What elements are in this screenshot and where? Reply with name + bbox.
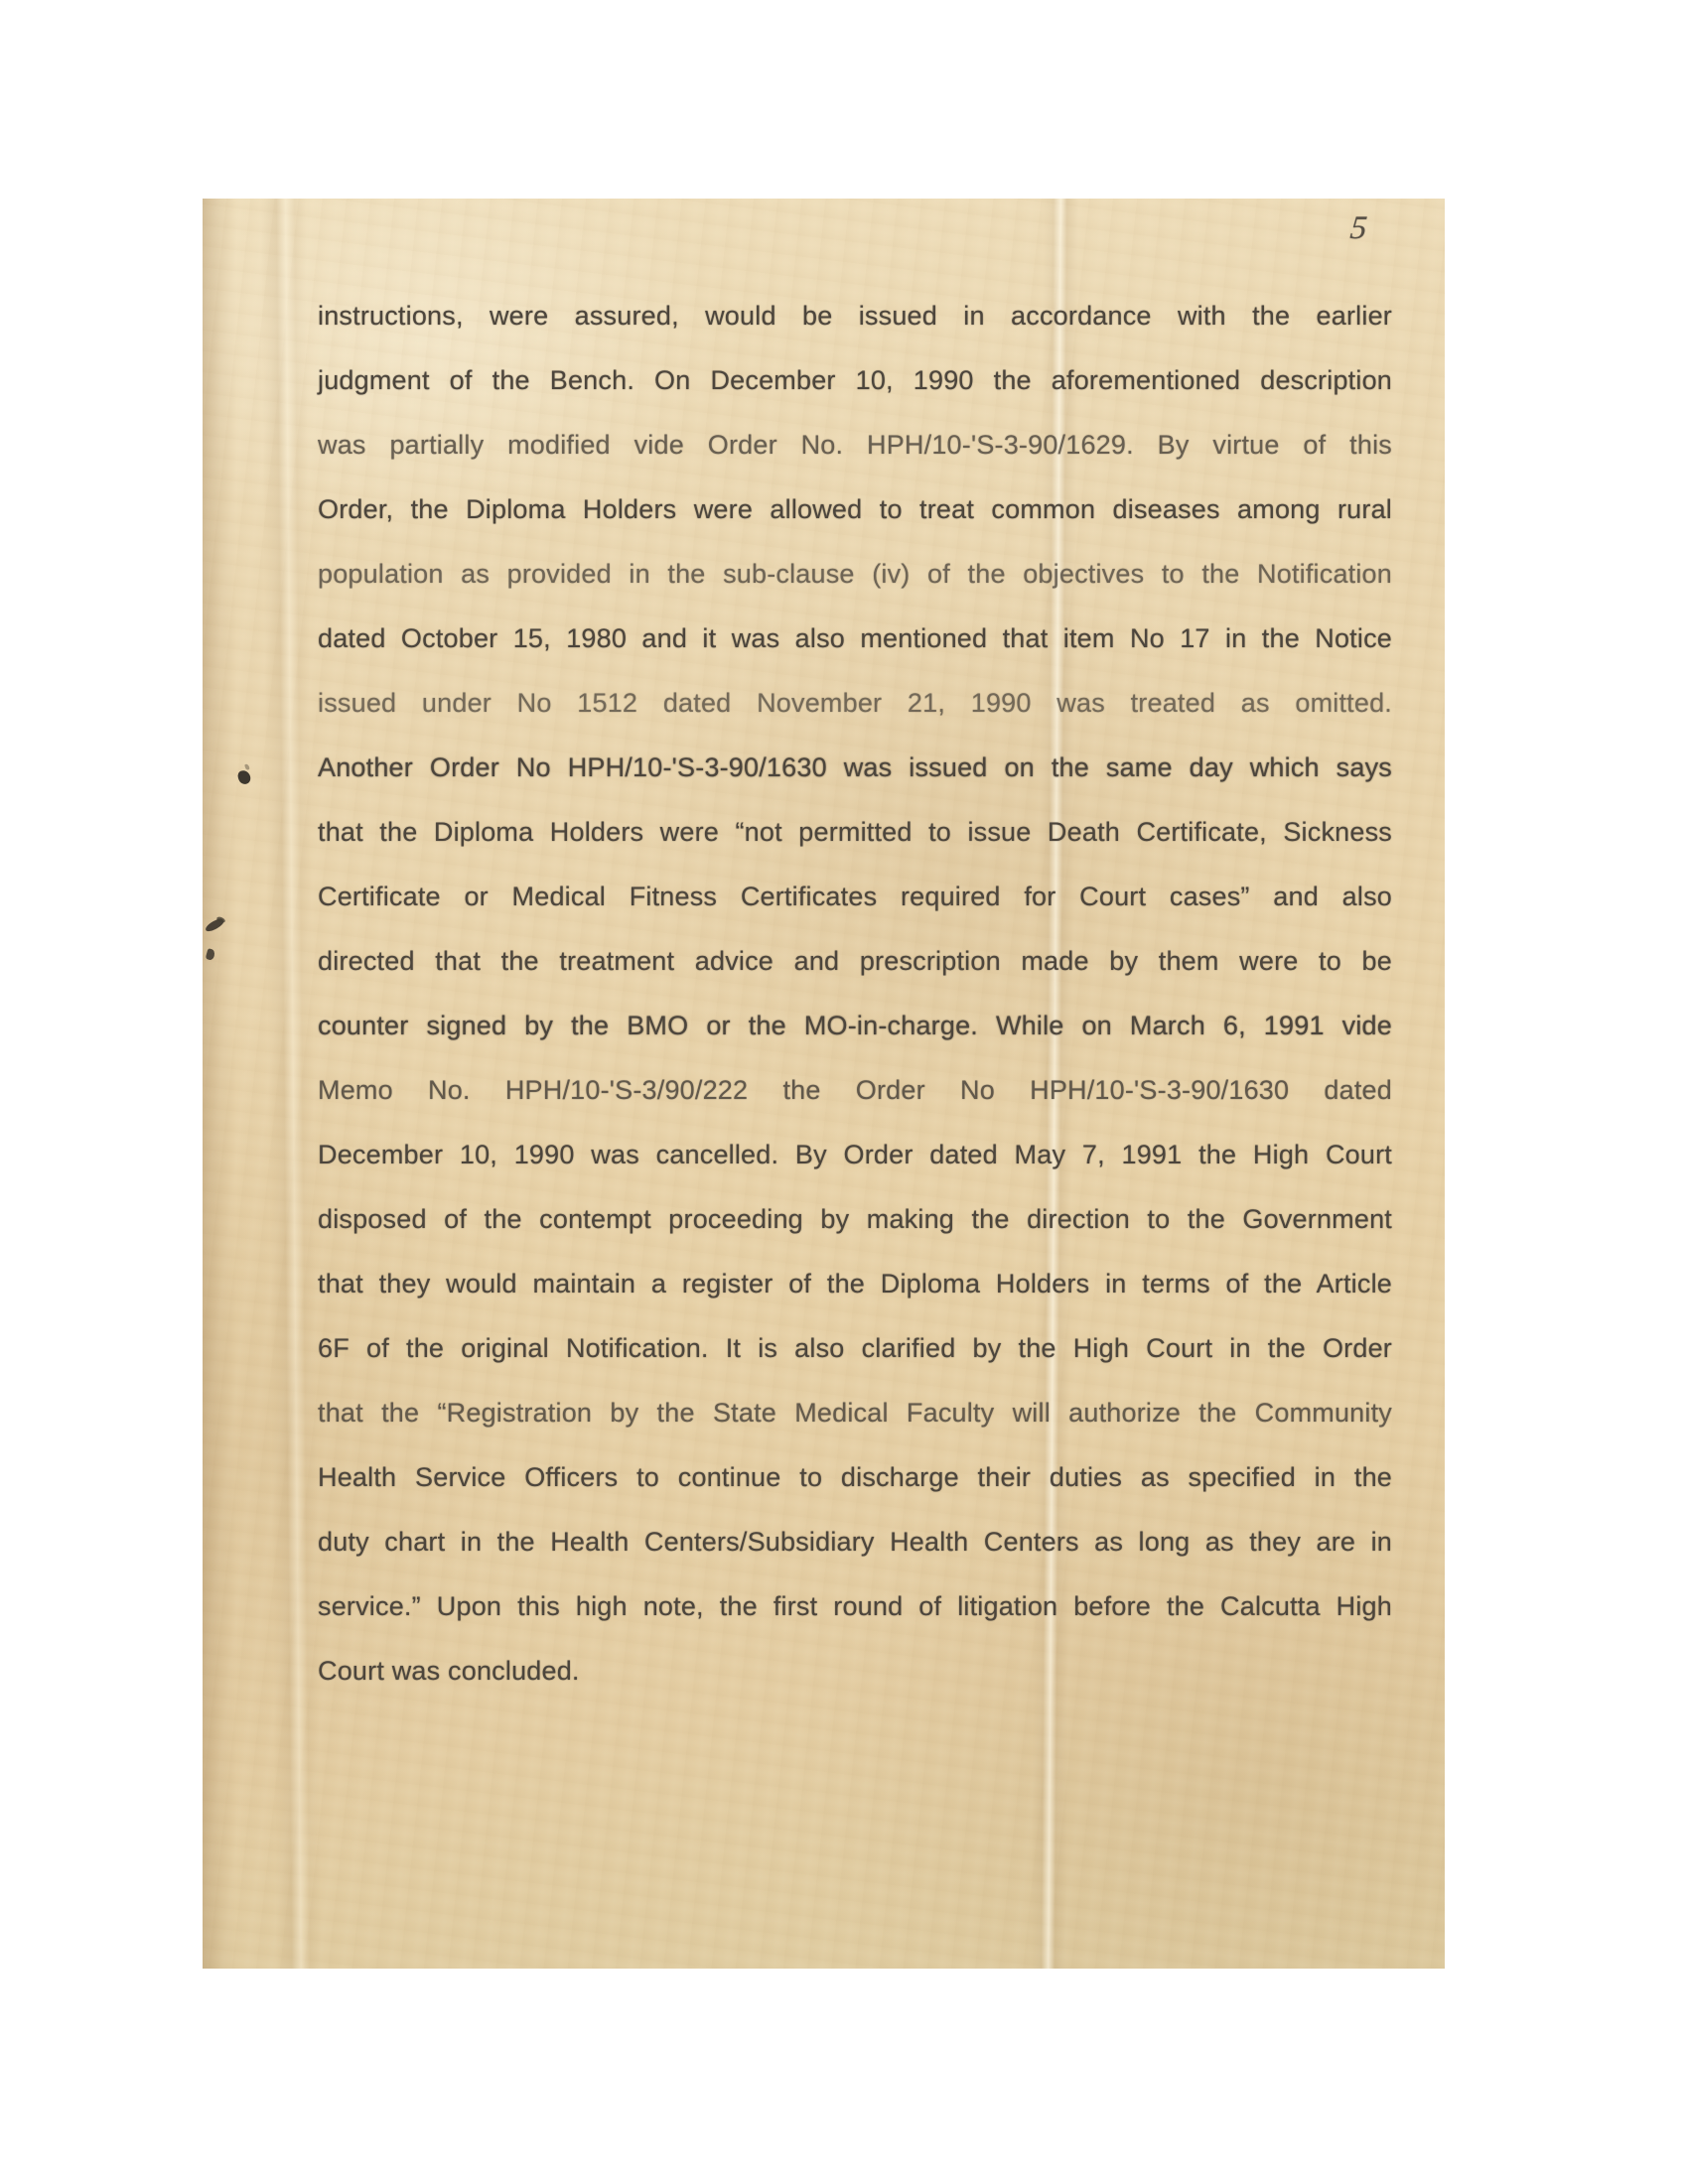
text-line: service.” Upon this high note, the first… xyxy=(318,1574,1392,1639)
text-line: was partially modified vide Order No. HP… xyxy=(318,413,1392,478)
text-line: duty chart in the Health Centers/Subsidi… xyxy=(318,1510,1392,1574)
text-line: disposed of the contempt proceeding by m… xyxy=(318,1187,1392,1252)
document-text: instructions, were assured, would be iss… xyxy=(318,284,1392,1704)
left-edge-shading xyxy=(203,199,236,1969)
text-line: Memo No. HPH/10-'S-3/90/222 the Order No… xyxy=(318,1058,1392,1123)
text-line: dated October 15, 1980 and it was also m… xyxy=(318,607,1392,671)
text-line: Health Service Officers to continue to d… xyxy=(318,1445,1392,1510)
text-line: instructions, were assured, would be iss… xyxy=(318,284,1392,348)
scanned-page: 5 instructions, were assured, would be i… xyxy=(203,199,1445,1969)
text-line: Court was concluded. xyxy=(318,1639,1392,1704)
text-line: that the “Registration by the State Medi… xyxy=(318,1381,1392,1445)
text-line: Another Order No HPH/10-'S-3-90/1630 was… xyxy=(318,736,1392,800)
scribble-stroke xyxy=(206,948,216,961)
text-line: that the Diploma Holders were “not permi… xyxy=(318,800,1392,865)
text-line: directed that the treatment advice and p… xyxy=(318,929,1392,994)
margin-ink-scribble xyxy=(203,917,242,977)
text-line: counter signed by the BMO or the MO-in-c… xyxy=(318,994,1392,1058)
text-line: 6F of the original Notification. It is a… xyxy=(318,1316,1392,1381)
text-line: issued under No 1512 dated November 21, … xyxy=(318,671,1392,736)
text-line: that they would maintain a register of t… xyxy=(318,1252,1392,1316)
text-line: December 10, 1990 was cancelled. By Orde… xyxy=(318,1123,1392,1187)
text-line: Certificate or Medical Fitness Certifica… xyxy=(318,865,1392,929)
text-line: population as provided in the sub-clause… xyxy=(318,542,1392,607)
page-number: 5 xyxy=(1348,210,1402,247)
text-line: Order, the Diploma Holders were allowed … xyxy=(318,478,1392,542)
text-line: judgment of the Bench. On December 10, 1… xyxy=(318,348,1392,413)
